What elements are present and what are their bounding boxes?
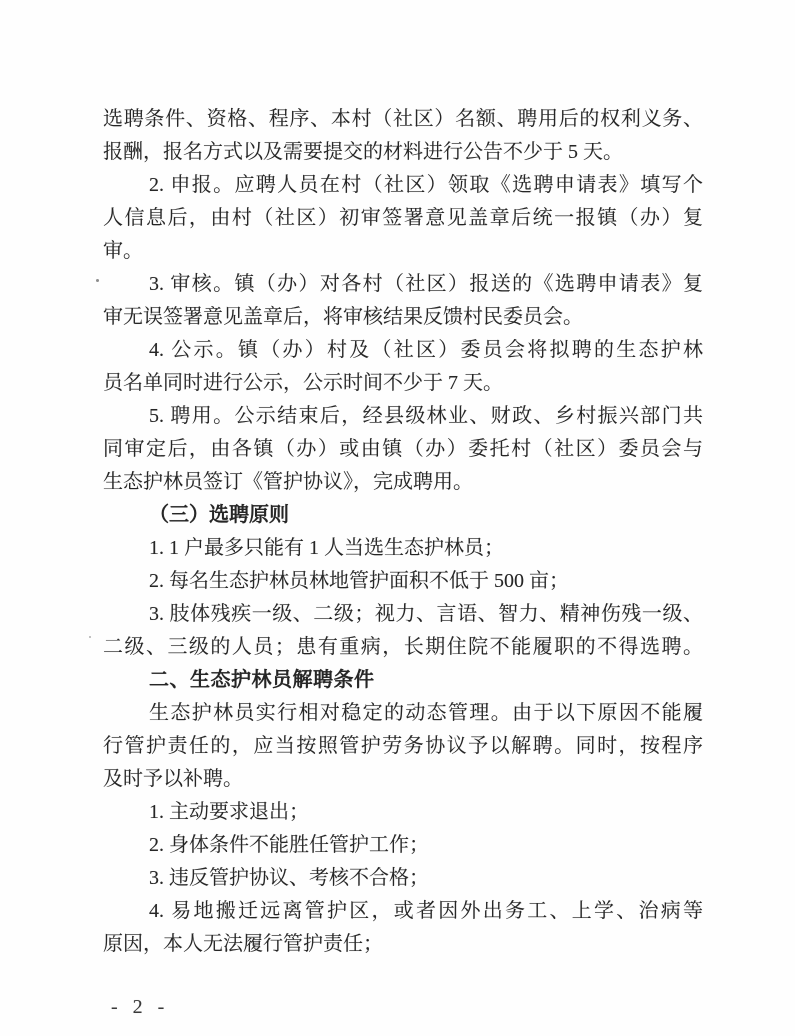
list-item: 2. 每名生态护林员林地管护面积不低于 500 亩； <box>103 565 703 598</box>
text-line: 2. 申报。应聘人员在村（社区）领取《选聘申请表》填写个 <box>103 169 703 202</box>
document-text-block: 选聘条件、资格、程序、本村（社区）名额、聘用后的权利义务、 报酬，报名方式以及需… <box>103 103 703 961</box>
text-line: 报酬，报名方式以及需要提交的材料进行公告不少于 5 天。 <box>103 136 703 169</box>
text-line: 审。 <box>103 235 703 268</box>
list-item: 2. 身体条件不能胜任管护工作； <box>103 829 703 862</box>
text-line: 同审定后，由各镇（办）或由镇（办）委托村（社区）委员会与 <box>103 433 703 466</box>
section-heading-dismissal-conditions: 二、生态护林员解聘条件 <box>103 664 703 697</box>
text-line: 生态护林员签订《管护协议》，完成聘用。 <box>103 466 703 499</box>
text-line: 3. 审核。镇（办）对各村（社区）报送的《选聘申请表》复 <box>103 268 703 301</box>
section-heading-selection-principles: （三）选聘原则 <box>103 499 703 532</box>
page-number: - 2 - <box>111 996 169 1019</box>
list-item: 1. 主动要求退出； <box>103 796 703 829</box>
text-line: 5. 聘用。公示结束后，经县级林业、财政、乡村振兴部门共 <box>103 400 703 433</box>
text-line: 生态护林员实行相对稳定的动态管理。由于以下原因不能履 <box>103 697 703 730</box>
text-line: 及时予以补聘。 <box>103 763 703 796</box>
text-line: 员名单同时进行公示，公示时间不少于 7 天。 <box>103 367 703 400</box>
text-line: 原因，本人无法履行管护责任； <box>103 928 703 961</box>
list-item: 1. 1 户最多只能有 1 人当选生态护林员； <box>103 532 703 565</box>
scan-speck <box>89 636 91 638</box>
text-line: 审无误签署意见盖章后，将审核结果反馈村民委员会。 <box>103 301 703 334</box>
scan-speck <box>96 279 99 282</box>
text-line: 二级、三级的人员；患有重病，长期住院不能履职的不得选聘。 <box>103 631 703 664</box>
text-line: 行管护责任的，应当按照管护劳务协议予以解聘。同时，按程序 <box>103 730 703 763</box>
list-item: 3. 肢体残疾一级、二级；视力、言语、智力、精神伤残一级、 <box>103 598 703 631</box>
scanned-document-page: 选聘条件、资格、程序、本村（社区）名额、聘用后的权利义务、 报酬，报名方式以及需… <box>0 0 795 1036</box>
text-line: 4. 公示。镇（办）村及（社区）委员会将拟聘的生态护林 <box>103 334 703 367</box>
list-item: 3. 违反管护协议、考核不合格； <box>103 862 703 895</box>
text-line: 选聘条件、资格、程序、本村（社区）名额、聘用后的权利义务、 <box>103 103 703 136</box>
list-item: 4. 易地搬迁远离管护区，或者因外出务工、上学、治病等 <box>103 895 703 928</box>
text-line: 人信息后，由村（社区）初审签署意见盖章后统一报镇（办）复 <box>103 202 703 235</box>
